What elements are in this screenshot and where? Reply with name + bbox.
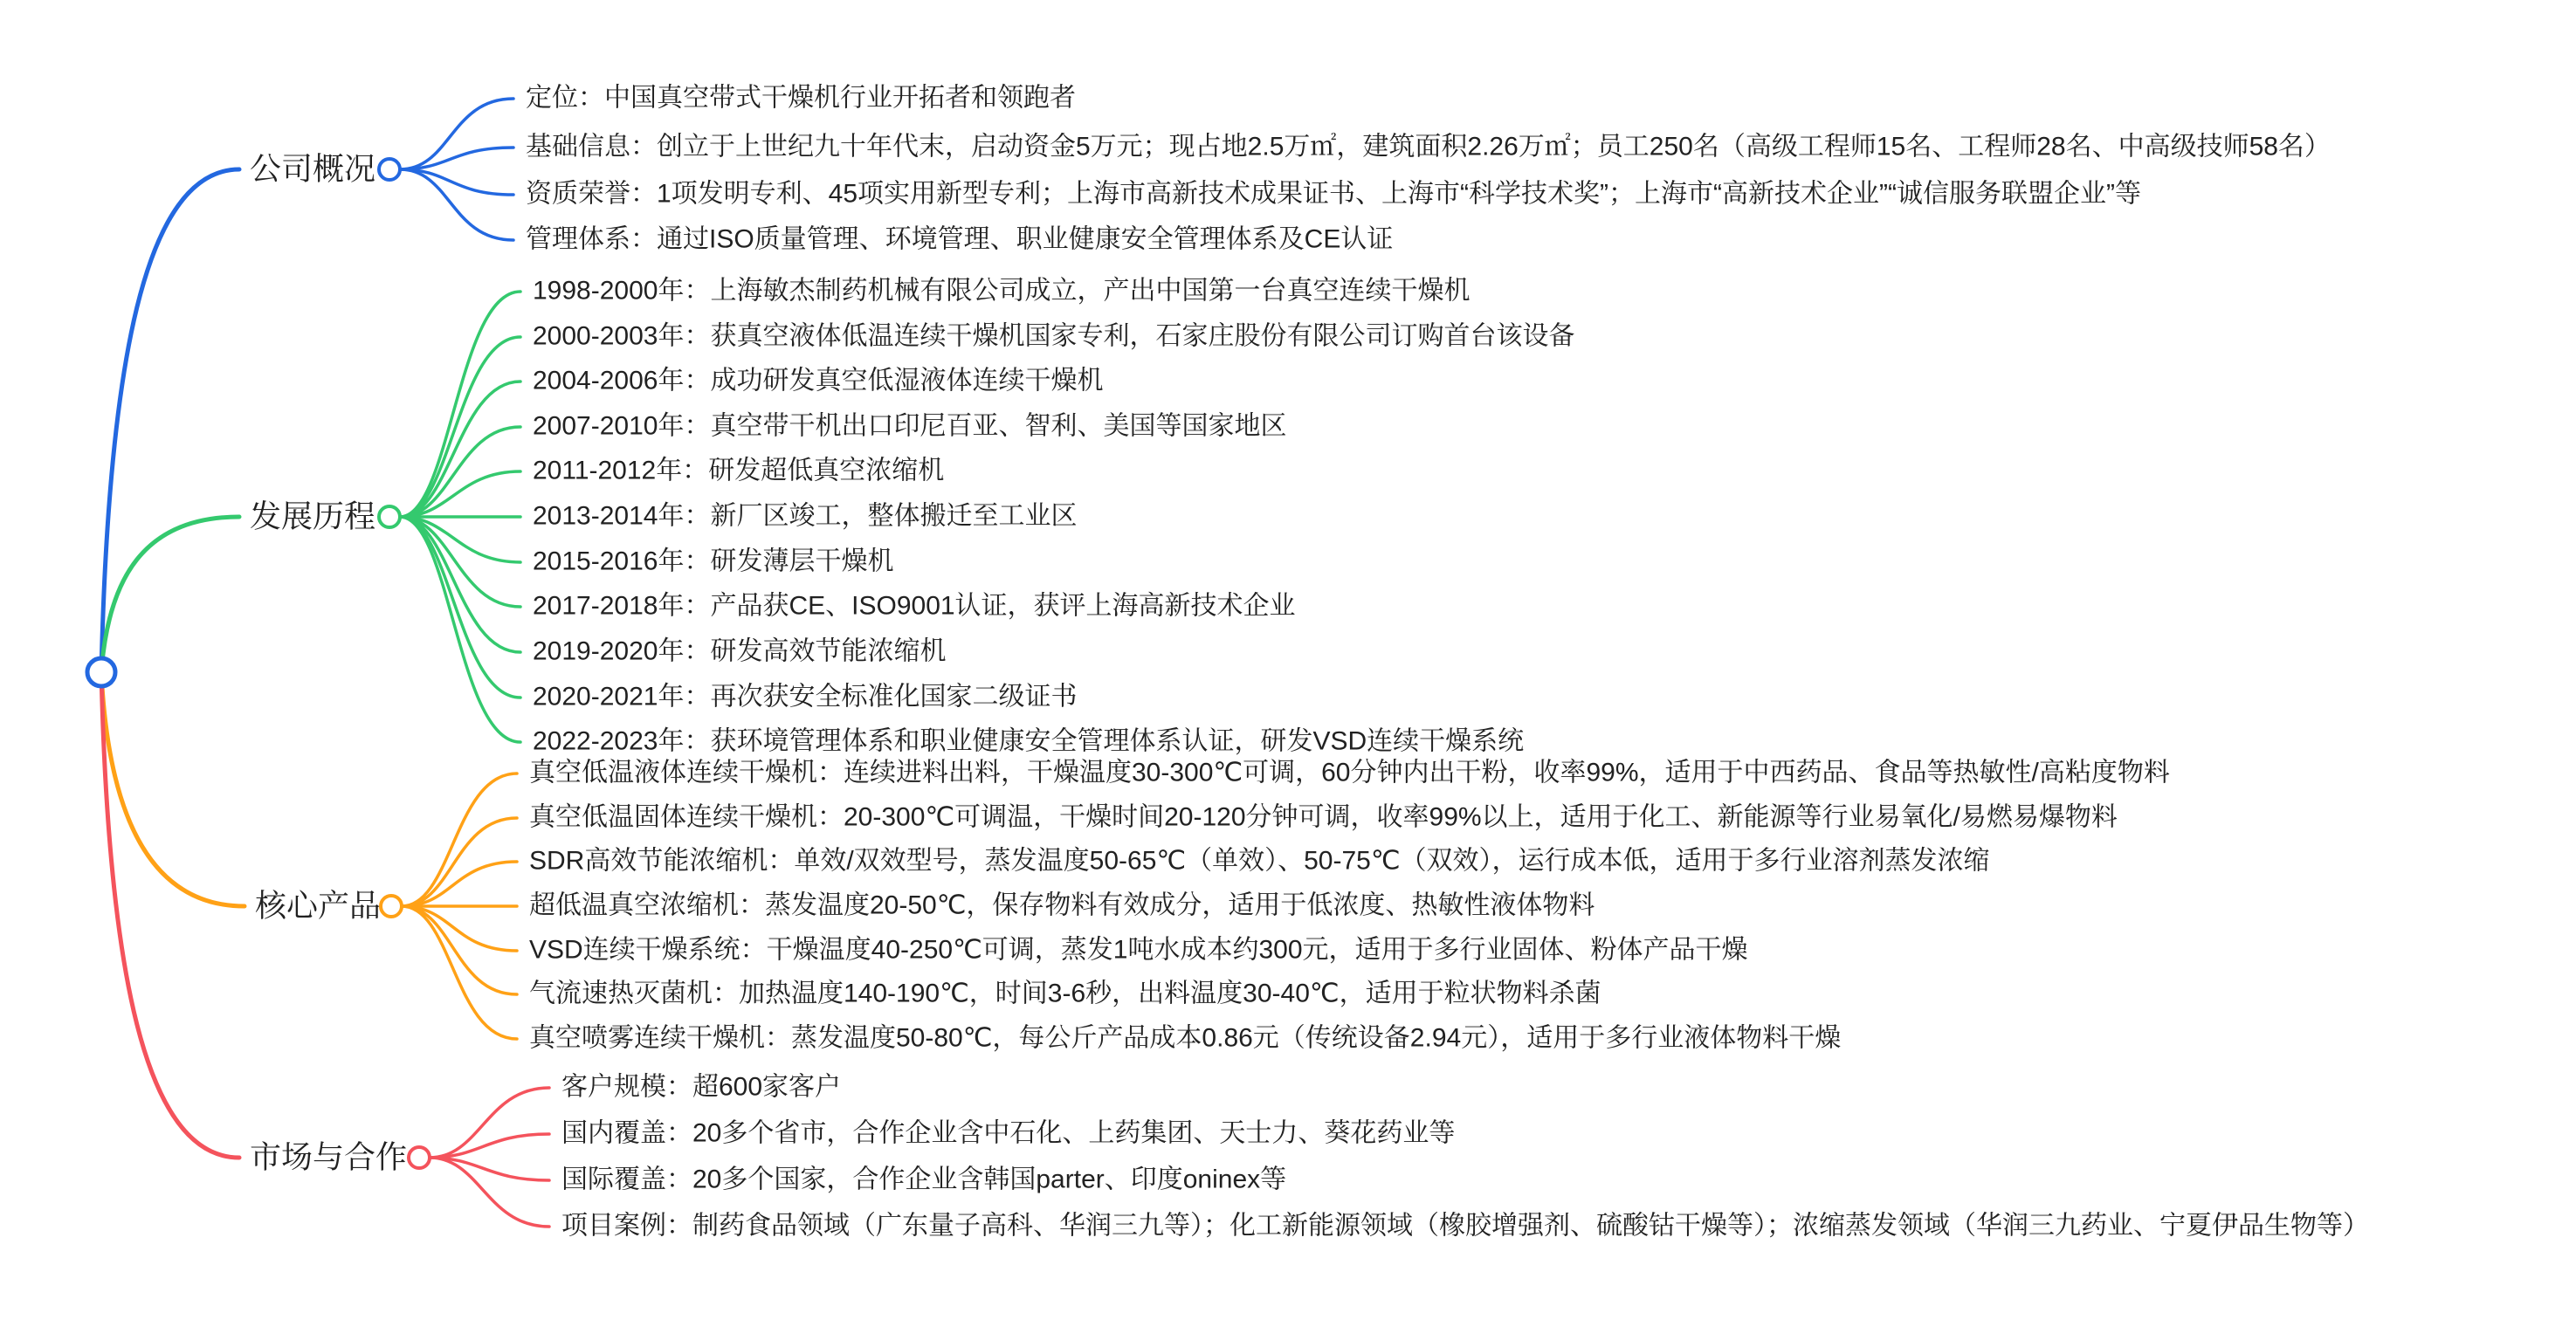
branch-node-development-history[interactable] — [379, 506, 400, 527]
edge-root-to-market-cooperation — [101, 672, 239, 1158]
leaf-node[interactable]: 国际覆盖：20多个国家，合作企业含韩国parter、印度oninex等 — [561, 1166, 1286, 1193]
branch-node-core-products[interactable] — [381, 896, 402, 917]
edge-branch-to-leaf — [400, 517, 520, 652]
branch-label-development-history[interactable]: 发展历程 — [250, 500, 375, 532]
leaf-node[interactable]: 2000-2003年：获真空液体低温连续干燥机国家专利，石家庄股份有限公司订购首… — [533, 323, 1574, 349]
edge-branch-to-leaf — [400, 292, 520, 517]
leaf-node[interactable]: 1998-2000年：上海敏杰制药机械有限公司成立，产出中国第一台真空连续干燥机 — [533, 278, 1470, 304]
edge-branch-to-leaf — [400, 169, 513, 240]
leaf-node[interactable]: 2019-2020年：研发高效节能浓缩机 — [533, 638, 946, 664]
branch-label-core-products[interactable]: 核心产品 — [255, 890, 381, 921]
leaf-node[interactable]: 气流速热灭菌机：加热温度140-190℃，时间3-6秒，出料温度30-40℃，适… — [529, 980, 1601, 1007]
leaf-node[interactable]: 真空低温固体连续干燥机：20-300℃可调温，干燥时间20-120分钟可调，收率… — [529, 804, 2118, 830]
leaf-node[interactable]: 基础信息：创立于上世纪九十年代末，启动资金5万元；现占地2.5万㎡，建筑面积2.… — [526, 134, 2331, 160]
branch-node-market-cooperation[interactable] — [409, 1147, 430, 1168]
leaf-node[interactable]: 2007-2010年：真空带干机出口印尼百亚、智利、美国等国家地区 — [533, 413, 1286, 439]
leaf-node[interactable]: SDR高效节能浓缩机：单效/双效型号，蒸发温度50-65℃（单效）、50-75℃… — [529, 848, 1990, 874]
leaf-node[interactable]: 客户规模：超600家客户 — [561, 1074, 841, 1100]
leaf-node[interactable]: 2020-2021年：再次获安全标准化国家二级证书 — [533, 684, 1077, 710]
leaf-node[interactable]: 定位：中国真空带式干燥机行业开拓者和领跑者 — [526, 85, 1076, 111]
leaf-node[interactable]: 项目案例：制药食品领域（广东量子高科、华润三九等）；化工新能源领域（橡胶增强剂、… — [561, 1213, 2369, 1239]
leaf-node[interactable]: 国内覆盖：20多个省市，合作企业含中石化、上药集团、天士力、葵花药业等 — [561, 1120, 1455, 1146]
leaf-node[interactable]: 2022-2023年：获环境管理体系和职业健康安全管理体系认证，研发VSD连续干… — [533, 728, 1524, 754]
edge-branch-to-leaf — [402, 906, 517, 1039]
leaf-node[interactable]: 资质荣誉：1项发明专利、45项实用新型专利；上海市高新技术成果证书、上海市“科学… — [526, 181, 2141, 207]
leaf-node[interactable]: 真空低温液体连续干燥机：连续进料出料，干燥温度30-300℃可调，60分钟内出干… — [529, 760, 2170, 786]
branch-label-market-cooperation[interactable]: 市场与合作 — [250, 1141, 407, 1172]
edge-root-to-company-overview — [101, 169, 239, 672]
edge-branch-to-leaf — [400, 382, 520, 517]
leaf-node[interactable]: VSD连续干燥系统：干燥温度40-250℃可调，蒸发1吨水成本约300元，适用于… — [529, 937, 1748, 963]
edge-branch-to-leaf — [400, 517, 520, 742]
leaf-node[interactable]: 真空喷雾连续干燥机：蒸发温度50-80℃，每公斤产品成本0.86元（传统设备2.… — [529, 1025, 1841, 1051]
mindmap-canvas: 公司概况 发展历程 核心产品 市场与合作 定位：中国真空带式干燥机行业开拓者和领… — [0, 0, 2576, 1320]
branch-label-company-overview[interactable]: 公司概况 — [250, 153, 375, 184]
leaf-node[interactable]: 2004-2006年：成功研发真空低湿液体连续干燥机 — [533, 368, 1103, 394]
leaf-node[interactable]: 2017-2018年：产品获CE、ISO9001认证，获评上海高新技术企业 — [533, 593, 1296, 619]
edge-root-to-development-history — [101, 517, 239, 672]
leaf-node[interactable]: 超低温真空浓缩机：蒸发温度20-50℃，保存物料有效成分，适用于低浓度、热敏性液… — [529, 892, 1595, 918]
leaf-node[interactable]: 2015-2016年：研发薄层干燥机 — [533, 548, 893, 574]
edge-root-to-core-products — [101, 672, 245, 906]
edge-branch-to-leaf — [400, 99, 513, 169]
leaf-node[interactable]: 2013-2014年：新厂区竣工，整体搬迁至工业区 — [533, 503, 1077, 529]
edge-branch-to-leaf — [430, 1158, 549, 1227]
edge-branch-to-leaf — [430, 1088, 549, 1158]
leaf-node[interactable]: 管理体系：通过ISO质量管理、环境管理、职业健康安全管理体系及CE认证 — [526, 226, 1393, 252]
leaf-node[interactable]: 2011-2012年：研发超低真空浓缩机 — [533, 457, 944, 484]
branch-node-company-overview[interactable] — [379, 159, 400, 180]
edge-branch-to-leaf — [402, 773, 517, 906]
root-node[interactable] — [87, 658, 115, 686]
